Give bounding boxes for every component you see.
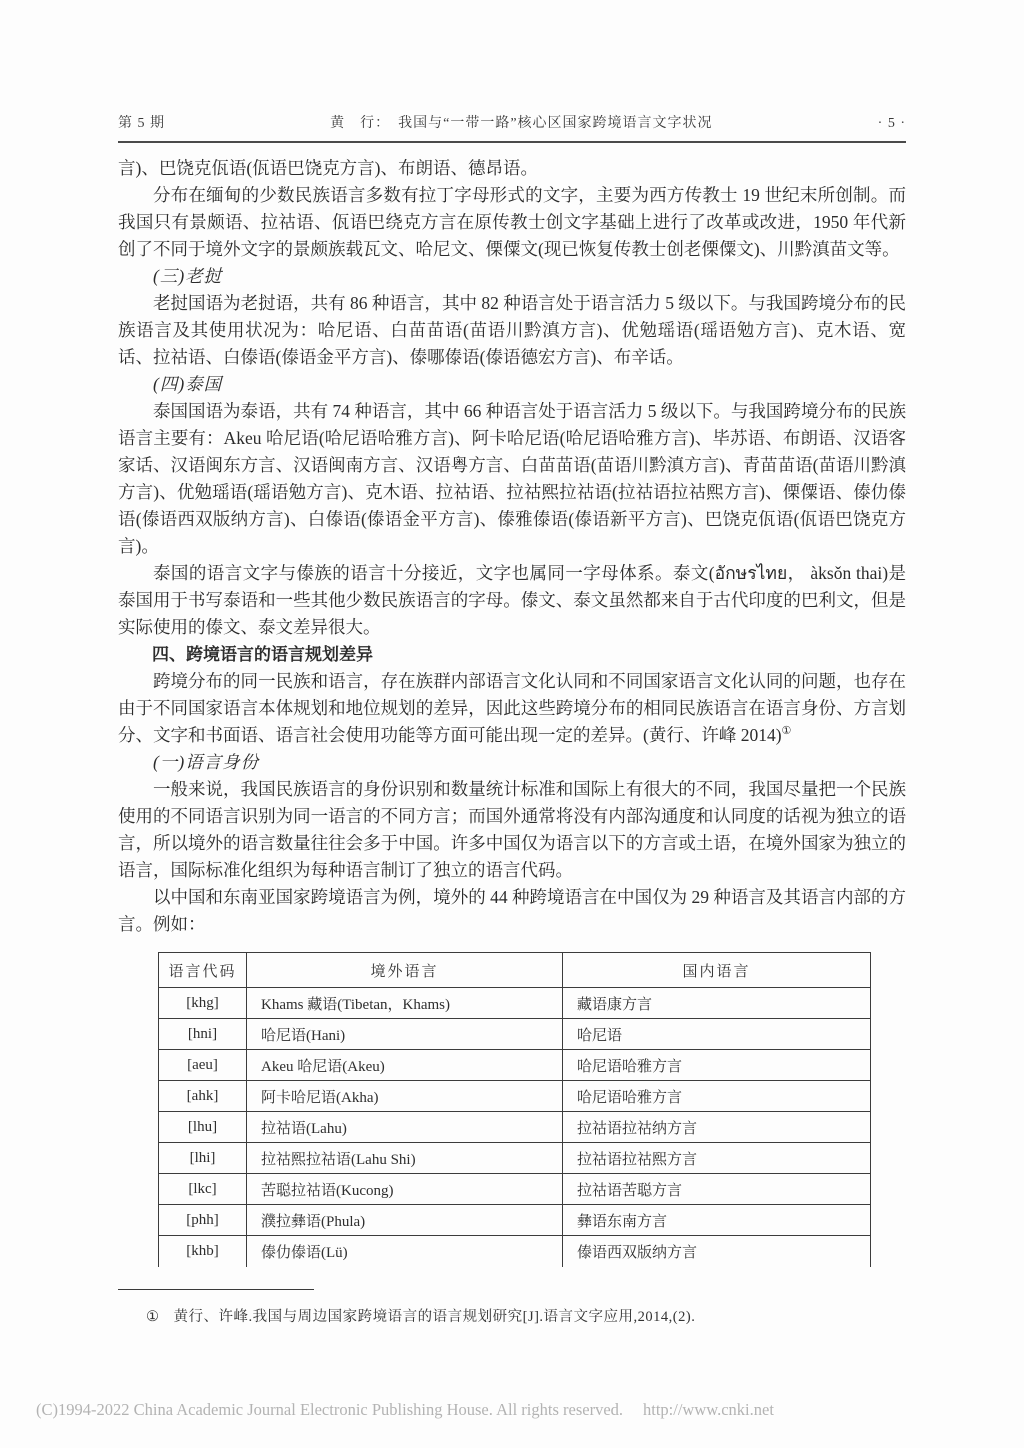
domestic-language-cell: 哈尼语哈雅方言 — [563, 1050, 871, 1081]
foreign-language-cell: 傣仂傣语(Lü) — [247, 1236, 563, 1267]
foreign-language-cell: 濮拉彝语(Phula) — [247, 1205, 563, 1236]
table-row: [lkc]苦聪拉祜语(Kucong)拉祜语苦聪方言 — [159, 1174, 871, 1205]
table-column-header: 语言代码 — [159, 953, 247, 988]
domestic-language-cell: 哈尼语哈雅方言 — [563, 1081, 871, 1112]
issue-number: 第 5 期 — [118, 112, 165, 132]
table-row: [ahk]阿卡哈尼语(Akha)哈尼语哈雅方言 — [159, 1081, 871, 1112]
footnote-text: 黄行、许峰.我国与周边国家跨境语言的语言规划研究[J].语言文字应用,2014,… — [174, 1309, 696, 1325]
paragraph-text: 四、跨境语言的语言规划差异 — [152, 645, 373, 664]
table-column-header: 境外语言 — [247, 953, 563, 988]
footnote: ①黄行、许峰.我国与周边国家跨境语言的语言规划研究[J].语言文字应用,2014… — [118, 1305, 906, 1326]
table-column-header: 国内语言 — [563, 953, 871, 988]
language-code-cell: [lkc] — [159, 1174, 247, 1205]
domestic-language-cell: 傣语西双版纳方言 — [563, 1236, 871, 1267]
section-heading-bold: 四、跨境语言的语言规划差异 — [118, 641, 906, 668]
paragraph-text: (四)泰国 — [153, 374, 222, 394]
cnki-url: http://www.cnki.net — [643, 1400, 774, 1420]
table-row: [phh]濮拉彝语(Phula)彝语东南方言 — [159, 1205, 871, 1236]
table-row: [lhi]拉祜熙拉祜语(Lahu Shi)拉祜语拉祜熙方言 — [159, 1143, 871, 1174]
section-heading: (一)语言身份 — [118, 749, 906, 776]
body-paragraph: 一般来说，我国民族语言的身份识别和数量统计标准和国际上有很大的不同，我国尽量把一… — [118, 776, 906, 884]
paragraph-text: 泰国国语为泰语，共有 74 种语言，其中 66 种语言处于语言活力 5 级以下。… — [118, 401, 906, 556]
foreign-language-cell: 拉祜语(Lahu) — [247, 1112, 563, 1143]
paragraph-text: (一)语言身份 — [153, 752, 259, 772]
language-code-cell: [hni] — [159, 1019, 247, 1050]
paragraph-container: 言)、巴饶克佤语(佤语巴饶克方言)、布朗语、德昂语。分布在缅甸的少数民族语言多数… — [118, 155, 906, 938]
running-title: 黄 行： 我国与“一带一路”核心区国家跨境语言文字状况 — [165, 112, 878, 132]
copyright-footer: (C)1994-2022 China Academic Journal Elec… — [36, 1400, 774, 1420]
foreign-language-cell: 哈尼语(Hani) — [247, 1019, 563, 1050]
copyright-text: (C)1994-2022 China Academic Journal Elec… — [36, 1400, 623, 1420]
table-head: 语言代码境外语言国内语言 — [159, 953, 871, 988]
header-divider — [118, 141, 906, 143]
body-paragraph: 老挝国语为老挝语，共有 86 种语言，其中 82 种语言处于语言活力 5 级以下… — [118, 290, 906, 371]
paragraph-text: 泰国的语言文字与傣族的语言十分接近，文字也属同一字母体系。泰文(อักษรไทย… — [118, 563, 906, 637]
article-body: 言)、巴饶克佤语(佤语巴饶克方言)、布朗语、德昂语。分布在缅甸的少数民族语言多数… — [118, 155, 906, 1267]
table-row: [khg]Khams 藏语(Tibetan，Khams)藏语康方言 — [159, 988, 871, 1019]
table-row: [khb]傣仂傣语(Lü)傣语西双版纳方言 — [159, 1236, 871, 1267]
table-row: [hni]哈尼语(Hani)哈尼语 — [159, 1019, 871, 1050]
paragraph-text: 老挝国语为老挝语，共有 86 种语言，其中 82 种语言处于语言活力 5 级以下… — [118, 293, 906, 367]
section-heading: (四)泰国 — [118, 371, 906, 398]
paragraph-text: 一般来说，我国民族语言的身份识别和数量统计标准和国际上有很大的不同，我国尽量把一… — [118, 779, 906, 880]
paragraph-text: (三)老挝 — [153, 266, 222, 286]
foreign-language-cell: Akeu 哈尼语(Akeu) — [247, 1050, 563, 1081]
footnote-divider — [118, 1289, 314, 1290]
body-paragraph: 分布在缅甸的少数民族语言多数有拉丁字母形式的文字，主要为西方传教士 19 世纪末… — [118, 182, 906, 263]
body-paragraph: 以中国和东南亚国家跨境语言为例，境外的 44 种跨境语言在中国仅为 29 种语言… — [118, 884, 906, 938]
language-code-cell: [khb] — [159, 1236, 247, 1267]
language-code-cell: [aeu] — [159, 1050, 247, 1081]
language-code-cell: [lhi] — [159, 1143, 247, 1174]
domestic-language-cell: 彝语东南方言 — [563, 1205, 871, 1236]
paragraph-text: 言)、巴饶克佤语(佤语巴饶克方言)、布朗语、德昂语。 — [118, 158, 538, 178]
language-code-cell: [phh] — [159, 1205, 247, 1236]
foreign-language-cell: 阿卡哈尼语(Akha) — [247, 1081, 563, 1112]
table-row: [aeu]Akeu 哈尼语(Akeu)哈尼语哈雅方言 — [159, 1050, 871, 1081]
paragraph-text: 分布在缅甸的少数民族语言多数有拉丁字母形式的文字，主要为西方传教士 19 世纪末… — [118, 185, 906, 259]
foreign-language-cell: 拉祜熙拉祜语(Lahu Shi) — [247, 1143, 563, 1174]
domestic-language-cell: 藏语康方言 — [563, 988, 871, 1019]
journal-page: 第 5 期 黄 行： 我国与“一带一路”核心区国家跨境语言文字状况 · 5 · … — [0, 0, 1024, 1448]
language-code-cell: [lhu] — [159, 1112, 247, 1143]
domestic-language-cell: 拉祜语拉祜纳方言 — [563, 1112, 871, 1143]
table-body: [khg]Khams 藏语(Tibetan，Khams)藏语康方言[hni]哈尼… — [159, 988, 871, 1267]
foreign-language-cell: 苦聪拉祜语(Kucong) — [247, 1174, 563, 1205]
body-paragraph: 言)、巴饶克佤语(佤语巴饶克方言)、布朗语、德昂语。 — [118, 155, 906, 182]
language-code-cell: [khg] — [159, 988, 247, 1019]
language-code-cell: [ahk] — [159, 1081, 247, 1112]
body-paragraph: 跨境分布的同一民族和语言，存在族群内部语言文化认同和不同国家语言文化认同的问题，… — [118, 668, 906, 749]
paragraph-text: 以中国和东南亚国家跨境语言为例，境外的 44 种跨境语言在中国仅为 29 种语言… — [118, 887, 906, 934]
running-head: 第 5 期 黄 行： 我国与“一带一路”核心区国家跨境语言文字状况 · 5 · — [118, 112, 906, 132]
body-paragraph: 泰国的语言文字与傣族的语言十分接近，文字也属同一字母体系。泰文(อักษรไทย… — [118, 560, 906, 641]
language-code-table: 语言代码境外语言国内语言 [khg]Khams 藏语(Tibetan，Khams… — [158, 952, 871, 1267]
foreign-language-cell: Khams 藏语(Tibetan，Khams) — [247, 988, 563, 1019]
domestic-language-cell: 哈尼语 — [563, 1019, 871, 1050]
domestic-language-cell: 拉祜语苦聪方言 — [563, 1174, 871, 1205]
page-number: · 5 · — [878, 116, 906, 132]
table-row: [lhu]拉祜语(Lahu)拉祜语拉祜纳方言 — [159, 1112, 871, 1143]
footnote-marker: ① — [146, 1309, 160, 1325]
table-header-row: 语言代码境外语言国内语言 — [159, 953, 871, 988]
body-paragraph: 泰国国语为泰语，共有 74 种语言，其中 66 种语言处于语言活力 5 级以下。… — [118, 398, 906, 560]
section-heading: (三)老挝 — [118, 263, 906, 290]
footnote-ref-marker: ① — [782, 725, 792, 737]
domestic-language-cell: 拉祜语拉祜熙方言 — [563, 1143, 871, 1174]
